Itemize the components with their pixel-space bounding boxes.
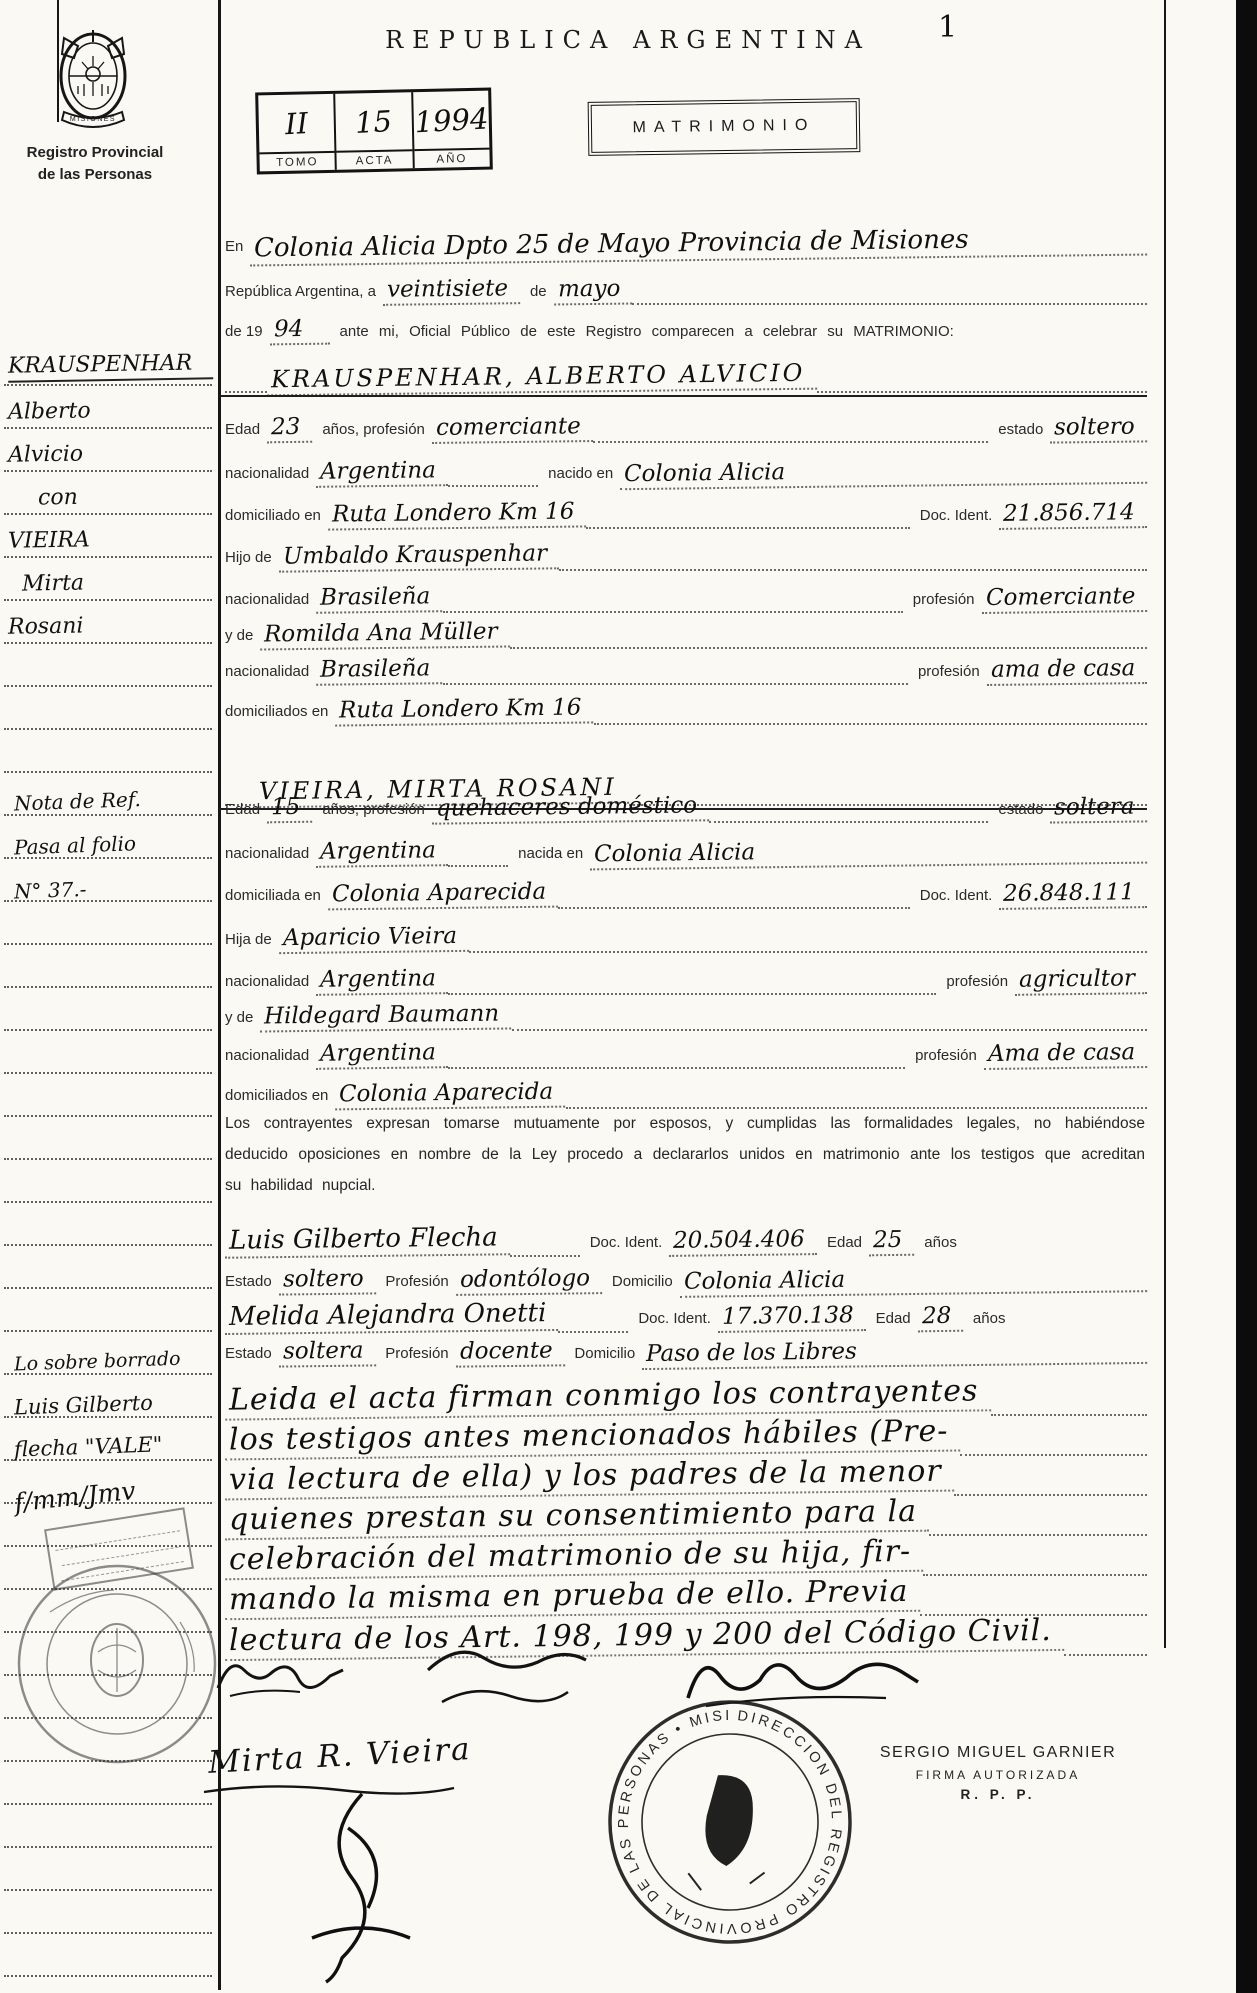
office-name: Registro Provincial de las Personas <box>6 142 184 186</box>
margin-ruled-line <box>4 642 212 644</box>
label-doc-ident: Doc. Ident. <box>910 887 1000 904</box>
groom-nacido-en: Colonia Alicia <box>620 455 1147 490</box>
groom-row-domicilio: domiciliado en Ruta Londero Km 16 Doc. I… <box>225 500 1147 529</box>
bride-edad: 15 <box>267 794 313 824</box>
margin-ruled-line <box>4 1072 212 1074</box>
label-nacido-en: nacido en <box>538 465 620 482</box>
closing-text: celebración del matrimonio de su hija, f… <box>225 1534 924 1581</box>
tomo-label: TOMO <box>259 151 335 172</box>
label-edad: Edad <box>225 421 267 438</box>
label-nacionalidad: nacionalidad <box>225 465 316 482</box>
groom-estado: soltero <box>1050 413 1147 443</box>
closing-text: quienes prestan su consentimiento para l… <box>225 1494 929 1541</box>
closing-line-6: mando la misma en prueba de ello. Previa <box>225 1578 1147 1616</box>
leader-line <box>923 1573 1147 1576</box>
svg-text:MISIONES: MISIONES <box>70 116 116 123</box>
closing-text: lectura de los Art. 198, 199 y 200 del C… <box>225 1613 1064 1661</box>
label-estado: Estado <box>225 1345 279 1362</box>
official-block: SERGIO MIGUEL GARNIER FIRMA AUTORIZADA R… <box>860 1744 1136 1802</box>
label-domiciliada-en: domiciliada en <box>225 887 328 904</box>
leader-line <box>817 390 1147 393</box>
leader-line <box>443 610 903 613</box>
label-anos-profesion: años, profesión <box>312 801 432 818</box>
label-de19: de 19 <box>225 323 270 340</box>
official-rpp-label: R. P. P. <box>860 1787 1136 1802</box>
bride-padre-profesion: agricultor <box>1015 965 1147 996</box>
margin-correction-2: Luis Gilberto <box>14 1389 215 1420</box>
leader-line <box>954 1493 1147 1496</box>
document-title: REPUBLICA ARGENTINA <box>358 26 898 54</box>
label-domicilio: Domicilio <box>602 1273 680 1290</box>
witness2-edad: 28 <box>917 1303 963 1333</box>
witness2-profesion: docente <box>455 1337 564 1367</box>
margin-bride-surname: VIEIRA <box>8 525 213 554</box>
margin-ruled-line <box>4 384 212 386</box>
closing-line-5: celebración del matrimonio de su hija, f… <box>225 1538 1147 1576</box>
bride-nacionalidad: Argentina <box>316 837 448 868</box>
office-name-line1: Registro Provincial <box>6 142 184 164</box>
bride-row-edad: Edad 15 años, profesión quehaceres domés… <box>225 794 1147 823</box>
groom-madre: Romilda Ana Müller <box>260 618 510 650</box>
leader-line <box>448 864 508 867</box>
index-box: II TOMO 15 ACTA 1994 AÑO <box>255 88 493 175</box>
witness2-doc-ident: 17.370.138 <box>718 1302 866 1333</box>
margin-groom-middlename: Alvicio <box>8 439 213 468</box>
groom-row-padre-nacionalidad: nacionalidad Brasileña profesión Comerci… <box>225 584 1147 613</box>
groom-row-madre: y de Romilda Ana Müller <box>225 620 1147 649</box>
label-nacionalidad: nacionalidad <box>225 845 316 862</box>
label-doc-ident: Doc. Ident. <box>628 1310 718 1327</box>
tomo-value: II <box>257 93 335 154</box>
groom-row-padre: Hijo de Umbaldo Krauspenhar <box>225 542 1147 571</box>
bride-estado: soltera <box>1050 793 1147 823</box>
margin-ruled-line <box>4 1330 212 1332</box>
closing-line-1: Leida el acta firman conmigo los contray… <box>225 1378 1147 1416</box>
page-number: 1 <box>938 10 957 45</box>
margin-ruled-line <box>4 556 212 558</box>
witness1-name-row: Luis Gilberto Flecha Doc. Ident. 20.504.… <box>225 1224 1147 1257</box>
label-doc-ident: Doc. Ident. <box>580 1234 670 1251</box>
leader-line <box>1064 1653 1147 1656</box>
groom-madre-nacionalidad: Brasileña <box>316 655 443 686</box>
label-profesion: profesión <box>936 973 1015 990</box>
signature-witness <box>418 1640 598 1725</box>
margin-correction-1: Lo sobre borrado <box>14 1347 215 1376</box>
margin-ref-note-1: Nota de Ref. <box>14 785 215 816</box>
intro-row-place: En Colonia Alicia Dpto 25 de Mayo Provin… <box>225 228 1147 261</box>
label-nacionalidad: nacionalidad <box>225 973 316 990</box>
leader-line <box>632 302 1147 305</box>
label-ante-mi: ante mi, Oficial Público de este Registr… <box>330 323 961 340</box>
label-nacionalidad: nacionalidad <box>225 591 316 608</box>
right-rule-line <box>1164 0 1166 1648</box>
bride-nacida-en: Colonia Alicia <box>590 835 1147 871</box>
closing-text: los testigos antes mencionados hábiles (… <box>225 1414 961 1461</box>
value-day: veintisiete <box>383 275 520 306</box>
leader-line <box>558 906 910 909</box>
official-name: SERGIO MIGUEL GARNIER <box>860 1744 1136 1762</box>
label-y-de: y de <box>225 1009 260 1026</box>
label-domiciliado-en: domiciliado en <box>225 507 328 524</box>
leader-line <box>510 1254 580 1257</box>
margin-ruled-line <box>4 943 212 945</box>
label-de: de <box>520 283 554 300</box>
label-nacionalidad: nacionalidad <box>225 663 316 680</box>
label-doc-ident: Doc. Ident. <box>910 507 1000 524</box>
witness2-domicilio: Paso de los Libres <box>642 1335 1147 1370</box>
leader-line <box>960 1453 1147 1456</box>
label-edad: Edad <box>866 1310 918 1327</box>
bride-madre-profesion: Ama de casa <box>984 1039 1148 1070</box>
bride-domicilio: Colonia Aparecida <box>328 879 559 911</box>
groom-doc-ident: 21.856.714 <box>999 499 1147 530</box>
margin-ruled-line <box>4 1803 212 1805</box>
label-en: En <box>225 238 250 255</box>
groom-row-madre-nacionalidad: nacionalidad Brasileña profesión ama de … <box>225 656 1147 685</box>
margin-correction-3: flecha "VALE" <box>14 1431 215 1462</box>
groom-padre-profesion: Comerciante <box>981 583 1147 614</box>
record-type-box: MATRIMONIO <box>588 98 861 156</box>
leader-line <box>709 820 988 823</box>
margin-ruled-line <box>4 1029 212 1031</box>
leader-line <box>512 1028 1147 1031</box>
intro-row-date: República Argentina, a veintisiete de ma… <box>225 276 1147 305</box>
groom-name-row: KRAUSPENHAR, ALBERTO ALVICIO <box>225 362 1147 393</box>
label-profesion: profesión <box>905 1047 984 1064</box>
margin-groom-firstname: Alberto <box>8 396 213 425</box>
signature-groom <box>210 1648 350 1708</box>
scan-edge-bar <box>1236 0 1257 1993</box>
leader-line <box>225 390 267 393</box>
leader-line <box>593 440 989 443</box>
office-name-line2: de las Personas <box>6 164 184 186</box>
bride-profesion: quehaceres doméstico <box>432 792 709 824</box>
margin-ruled-line <box>4 1201 212 1203</box>
bride-doc-ident: 26.848.111 <box>999 879 1147 910</box>
index-col-ano: 1994 AÑO <box>413 91 490 169</box>
bride-padre: Aparicio Vieira <box>279 923 469 954</box>
witness1-edad: 25 <box>869 1227 915 1257</box>
margin-ruled-line <box>4 470 212 472</box>
signature-flourish <box>282 1788 432 1988</box>
margin-ruled-line <box>4 1889 212 1891</box>
label-domiciliados-en: domiciliados en <box>225 703 335 720</box>
bride-row-madre-nacionalidad: nacionalidad Argentina profesión Ama de … <box>225 1040 1147 1069</box>
witness1-name: Luis Gilberto Flecha <box>225 1222 510 1258</box>
label-profesion: profesión <box>903 591 982 608</box>
label-anos-profesion: años, profesión <box>312 421 432 438</box>
leader-line <box>469 950 1147 953</box>
witness1-domicilio: Colonia Alicia <box>680 1263 1148 1298</box>
margin-ruled-line <box>4 1115 212 1117</box>
bride-row-padres-domicilio: domiciliados en Colonia Aparecida <box>225 1080 1147 1109</box>
label-republica: República Argentina, a <box>225 283 383 300</box>
bride-padre-nacionalidad: Argentina <box>316 965 448 996</box>
groom-padres-domicilio: Ruta Londero Km 16 <box>335 694 594 726</box>
leader-line <box>594 722 1147 725</box>
margin-ruled-line <box>4 1244 212 1246</box>
witness2-name: Melida Alejandra Onetti <box>225 1298 559 1335</box>
leader-line <box>448 992 936 995</box>
ano-label: AÑO <box>414 148 490 169</box>
bride-madre: Hildegard Baumann <box>260 1000 511 1032</box>
margin-ruled-line <box>4 728 212 730</box>
margin-ruled-line <box>4 1846 212 1848</box>
groom-padre: Umbaldo Krauspenhar <box>279 540 559 572</box>
label-estado: estado <box>988 421 1050 438</box>
groom-domicilio: Ruta Londero Km 16 <box>328 498 587 530</box>
groom-row-nacionalidad: nacionalidad Argentina nacido en Colonia… <box>225 458 1147 487</box>
intro-row-year: de 19 94 ante mi, Oficial Público de est… <box>225 316 1147 345</box>
label-anos: años <box>963 1310 1013 1327</box>
leader-line <box>443 682 908 685</box>
closing-line-4: quienes prestan su consentimiento para l… <box>225 1498 1147 1536</box>
groom-row-padres-domicilio: domiciliados en Ruta Londero Km 16 <box>225 696 1147 725</box>
margin-groom-surname: KRAUSPENHAR <box>8 350 213 383</box>
witness2-name-row: Melida Alejandra Onetti Doc. Ident. 17.3… <box>225 1300 1147 1333</box>
bride-madre-nacionalidad: Argentina <box>316 1039 448 1070</box>
body-paragraph: Los contrayentes expresan tomarse mutuam… <box>225 1108 1145 1201</box>
label-nacida-en: nacida en <box>508 845 590 862</box>
margin-bride-middlename: Rosani <box>8 611 213 640</box>
label-domicilio: Domicilio <box>564 1345 642 1362</box>
bride-row-domicilio: domiciliada en Colonia Aparecida Doc. Id… <box>225 880 1147 909</box>
margin-round-stamp <box>10 1552 225 1777</box>
leader-line <box>559 568 1147 571</box>
label-anos: años <box>914 1234 964 1251</box>
witness1-estado: soltero <box>279 1265 376 1295</box>
label-edad: Edad <box>817 1234 869 1251</box>
witness1-detail-row: Estado soltero Profesión odontólogo Domi… <box>225 1266 1147 1295</box>
groom-edad: 23 <box>267 414 313 444</box>
groom-madre-profesion: ama de casa <box>987 655 1148 686</box>
leader-line <box>558 1330 628 1333</box>
margin-ruled-line <box>4 986 212 988</box>
ano-value: 1994 <box>412 89 490 150</box>
leader-line <box>991 1413 1148 1416</box>
closing-line-2: los testigos antes mencionados hábiles (… <box>225 1418 1147 1456</box>
margin-ruled-line <box>4 1975 212 1977</box>
witness1-profesion: odontólogo <box>456 1265 602 1296</box>
margin-ruled-line <box>4 1932 212 1934</box>
groom-nacionalidad: Argentina <box>316 457 448 488</box>
margin-bride-firstname: Mirta <box>8 568 227 597</box>
groom-row-edad: Edad 23 años, profesión comerciante esta… <box>225 414 1147 443</box>
label-profesion: Profesión <box>375 1345 455 1362</box>
bride-row-padre-nacionalidad: nacionalidad Argentina profesión agricul… <box>225 966 1147 995</box>
margin-ruled-line <box>4 427 212 429</box>
leader-line <box>448 1066 905 1069</box>
closing-text: mando la misma en prueba de ello. Previa <box>225 1574 921 1620</box>
label-estado: Estado <box>225 1273 279 1290</box>
margin-ref-note-3: N° 37.- <box>14 873 215 904</box>
label-profesion: profesión <box>908 663 987 680</box>
scanned-marriage-certificate: REPUBLICA ARGENTINA 1 MISIONES Registro … <box>0 0 1257 1993</box>
groom-padre-nacionalidad: Brasileña <box>316 583 443 614</box>
value-year: 94 <box>269 316 329 346</box>
bride-padres-domicilio: Colonia Aparecida <box>335 1079 566 1111</box>
margin-ruled-line <box>4 513 212 515</box>
leader-line <box>586 526 909 529</box>
margin-ruled-line <box>4 771 212 773</box>
witness2-estado: soltera <box>279 1337 376 1367</box>
label-hijo-de: Hijo de <box>225 549 279 566</box>
label-domiciliados-en: domiciliados en <box>225 1087 335 1104</box>
groom-profesion: comerciante <box>432 413 593 444</box>
closing-text: via lectura de ella) y los padres de la … <box>225 1454 954 1501</box>
value-month: mayo <box>553 276 632 306</box>
acta-value: 15 <box>335 91 413 152</box>
registry-round-stamp: DIRECCION DEL REGISTRO PROVINCIAL DE LAS… <box>585 1677 875 1967</box>
leader-line <box>929 1533 1147 1536</box>
label-nacionalidad: nacionalidad <box>225 1047 316 1064</box>
bride-row-nacionalidad: nacionalidad Argentina nacida en Colonia… <box>225 838 1147 867</box>
label-y-de: y de <box>225 627 260 644</box>
margin-ruled-line <box>4 599 212 601</box>
margin-con: con <box>8 482 243 511</box>
margin-ruled-line <box>4 685 212 687</box>
signature-bride: Mirta R. Vieira <box>207 1731 472 1781</box>
label-profesion: Profesión <box>375 1273 455 1290</box>
label-estado: estado <box>988 801 1050 818</box>
official-authorized-label: FIRMA AUTORIZADA <box>860 1768 1136 1782</box>
margin-ref-note-2: Pasa al folio <box>14 829 215 860</box>
label-edad: Edad <box>225 801 267 818</box>
misiones-coat-of-arms-icon: MISIONES <box>44 24 142 138</box>
witness1-doc-ident: 20.504.406 <box>669 1226 817 1257</box>
margin-ruled-line <box>4 1287 212 1289</box>
leader-line <box>510 646 1147 649</box>
witness2-detail-row: Estado soltera Profesión docente Domicil… <box>225 1338 1147 1367</box>
bride-row-madre: y de Hildegard Baumann <box>225 1002 1147 1031</box>
index-col-acta: 15 ACTA <box>336 92 415 170</box>
closing-line-3: via lectura de ella) y los padres de la … <box>225 1458 1147 1496</box>
leader-line <box>448 484 538 487</box>
bride-row-padre: Hija de Aparicio Vieira <box>225 924 1147 953</box>
acta-label: ACTA <box>337 149 413 170</box>
value-place: Colonia Alicia Dpto 25 de Mayo Provincia… <box>250 223 1147 267</box>
label-hija-de: Hija de <box>225 931 279 948</box>
index-col-tomo: II TOMO <box>258 94 337 172</box>
margin-ruled-line <box>4 1158 212 1160</box>
groom-full-name: KRAUSPENHAR, ALBERTO ALVICIO <box>267 359 818 397</box>
